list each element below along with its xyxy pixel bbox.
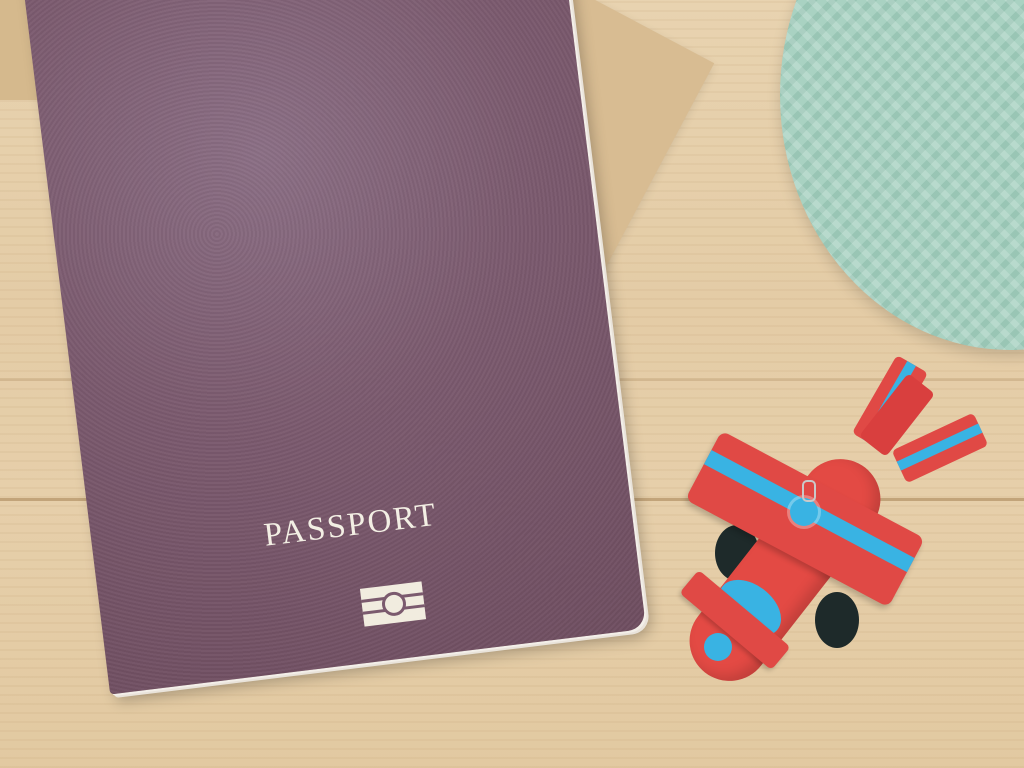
passport-cover [20, 0, 646, 694]
toy-airplane [670, 360, 980, 700]
hanging-ring [802, 480, 816, 502]
propeller-hub [704, 633, 732, 661]
wing-pin [790, 498, 818, 526]
wheel [815, 592, 859, 648]
biometric-chip-icon [360, 581, 426, 626]
photo-scene: PASSPORT [0, 0, 1024, 768]
